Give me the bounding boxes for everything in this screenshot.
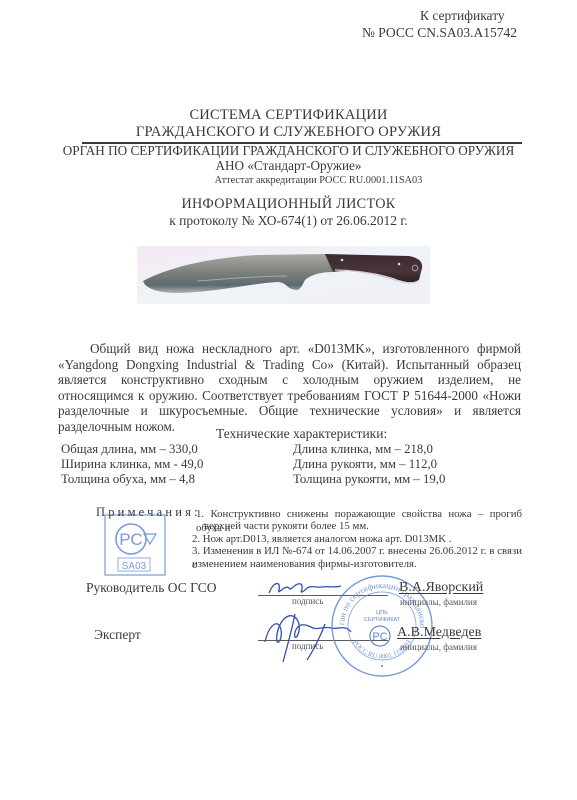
svg-text:ЦПЬ: ЦПЬ	[376, 610, 388, 616]
description-text: Общий вид ножа нескладного арт. «D013MK»…	[58, 341, 521, 434]
signatory-role-head: Руководитель ОС ГСО	[86, 580, 216, 596]
svg-text:СЕРТИФИКАТ: СЕРТИФИКАТ	[364, 617, 401, 623]
signatory-name-expert: А.В.Медведев	[397, 625, 481, 641]
protocol-reference: к протоколу № ХО-674(1) от 26.06.2012 г.	[0, 213, 577, 229]
notes-label: Примечания:	[96, 505, 198, 520]
system-title-line2: ГРАЖДАНСКОГО И СЛУЖЕБНОГО ОРУЖИЯ	[0, 124, 577, 141]
svg-text:SA03: SA03	[122, 561, 147, 572]
system-title-line1: СИСТЕМА СЕРТИФИКАЦИИ	[0, 107, 577, 124]
certification-body-name: ОРГАН ПО СЕРТИФИКАЦИИ ГРАЖДАНСКОГО И СЛУ…	[0, 143, 577, 159]
spec-blade-length: Длина клинка, мм – 218,0	[293, 442, 433, 457]
accreditation-line: Аттестат аккредитации РОСС RU.0001.11SA0…	[30, 175, 577, 186]
spec-spine-thickness: Толщина обуха, мм – 4,8	[61, 472, 195, 487]
spec-blade-width: Ширина клинка, мм - 49,0	[61, 457, 203, 472]
specs-title: Технические характеристики:	[216, 426, 387, 442]
pc-certification-stamp-icon: РС SA03	[104, 514, 166, 576]
spec-handle-thickness: Толщина рукояти, мм – 19,0	[293, 472, 445, 487]
note-3-continued: изменением наименования фирмы-изготовите…	[192, 558, 417, 572]
svg-text:РС: РС	[372, 631, 387, 643]
document-title: ИНФОРМАЦИОННЫЙ ЛИСТОК	[0, 196, 577, 213]
name-caption-expert: инициалы, фамилия	[400, 642, 477, 652]
certificate-ref-number: № РОСС CN.SA03.A15742	[362, 25, 517, 41]
knife-photo-icon	[137, 246, 430, 304]
certificate-ref-label: К сертификату	[420, 8, 505, 24]
signatory-name-head: В.А.Яворский	[399, 580, 483, 596]
spec-handle-length: Длина рукояти, мм – 112,0	[293, 457, 437, 472]
signatory-role-expert: Эксперт	[94, 627, 141, 643]
svg-text:РС: РС	[119, 530, 142, 549]
description-paragraph: Общий вид ножа нескладного арт. «D013MK»…	[58, 341, 521, 434]
note-1-continued: верхней части рукояти более 15 мм.	[204, 520, 369, 534]
organization-name: АНО «Стандарт-Оружие»	[0, 158, 577, 174]
spec-overall-length: Общая длина, мм – 330,0	[61, 442, 198, 457]
name-caption-head: инициалы, фамилия	[400, 597, 477, 607]
